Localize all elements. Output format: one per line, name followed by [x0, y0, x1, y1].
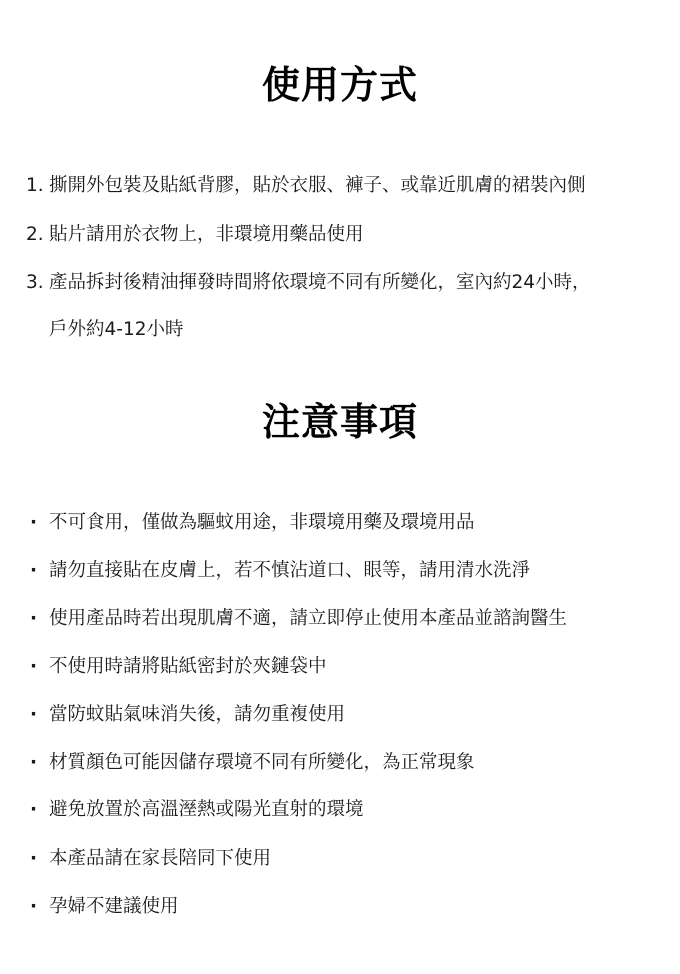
notes-section-title: 注意事項 [0, 403, 680, 441]
step-number: 1. [26, 177, 44, 196]
bullet-dot-icon: · [30, 850, 37, 869]
step-text: 撕開外包裝及貼紙背膠，貼於衣服、褲子、或靠近肌膚的裙裝內側 [49, 177, 586, 196]
step-text: 產品拆封後精油揮發時間將依環境不同有所變化，室內約24小時， [49, 274, 591, 293]
bullet-dot-icon: · [30, 754, 37, 773]
bullet-dot-icon: · [30, 658, 37, 677]
note-text: 不可食用，僅做為驅蚊用途，非環境用藥及環境用品 [49, 514, 475, 533]
step-text: 戶外約4-12小時 [49, 321, 184, 340]
instruction-page: 使用方式 1. 撕開外包裝及貼紙背膠，貼於衣服、褲子、或靠近肌膚的裙裝內側 2.… [0, 0, 680, 974]
step-text: 貼片請用於衣物上，非環境用藥品使用 [49, 226, 364, 245]
bullet-dot-icon: · [30, 706, 37, 725]
usage-section-title: 使用方式 [0, 66, 680, 104]
bullet-dot-icon: · [30, 801, 37, 820]
note-text: 當防蚊貼氣味消失後，請勿重複使用 [49, 706, 345, 725]
note-text: 孕婦不建議使用 [49, 898, 179, 917]
bullet-dot-icon: · [30, 610, 37, 629]
bullet-dot-icon: · [30, 514, 37, 533]
note-text: 材質顏色可能因儲存環境不同有所變化，為正常現象 [49, 754, 475, 773]
note-text: 避免放置於高溫溼熱或陽光直射的環境 [49, 801, 364, 820]
note-text: 本產品請在家長陪同下使用 [49, 850, 271, 869]
step-number: 2. [26, 226, 44, 245]
bullet-dot-icon: · [30, 898, 37, 917]
note-text: 不使用時請將貼紙密封於夾鏈袋中 [49, 658, 327, 677]
bullet-dot-icon: · [30, 562, 37, 581]
note-text: 使用產品時若出現肌膚不適，請立即停止使用本產品並諮詢醫生 [49, 610, 567, 629]
note-text: 請勿直接貼在皮膚上，若不慎沾道口、眼等，請用清水洗淨 [49, 562, 530, 581]
step-number: 3. [26, 274, 44, 293]
